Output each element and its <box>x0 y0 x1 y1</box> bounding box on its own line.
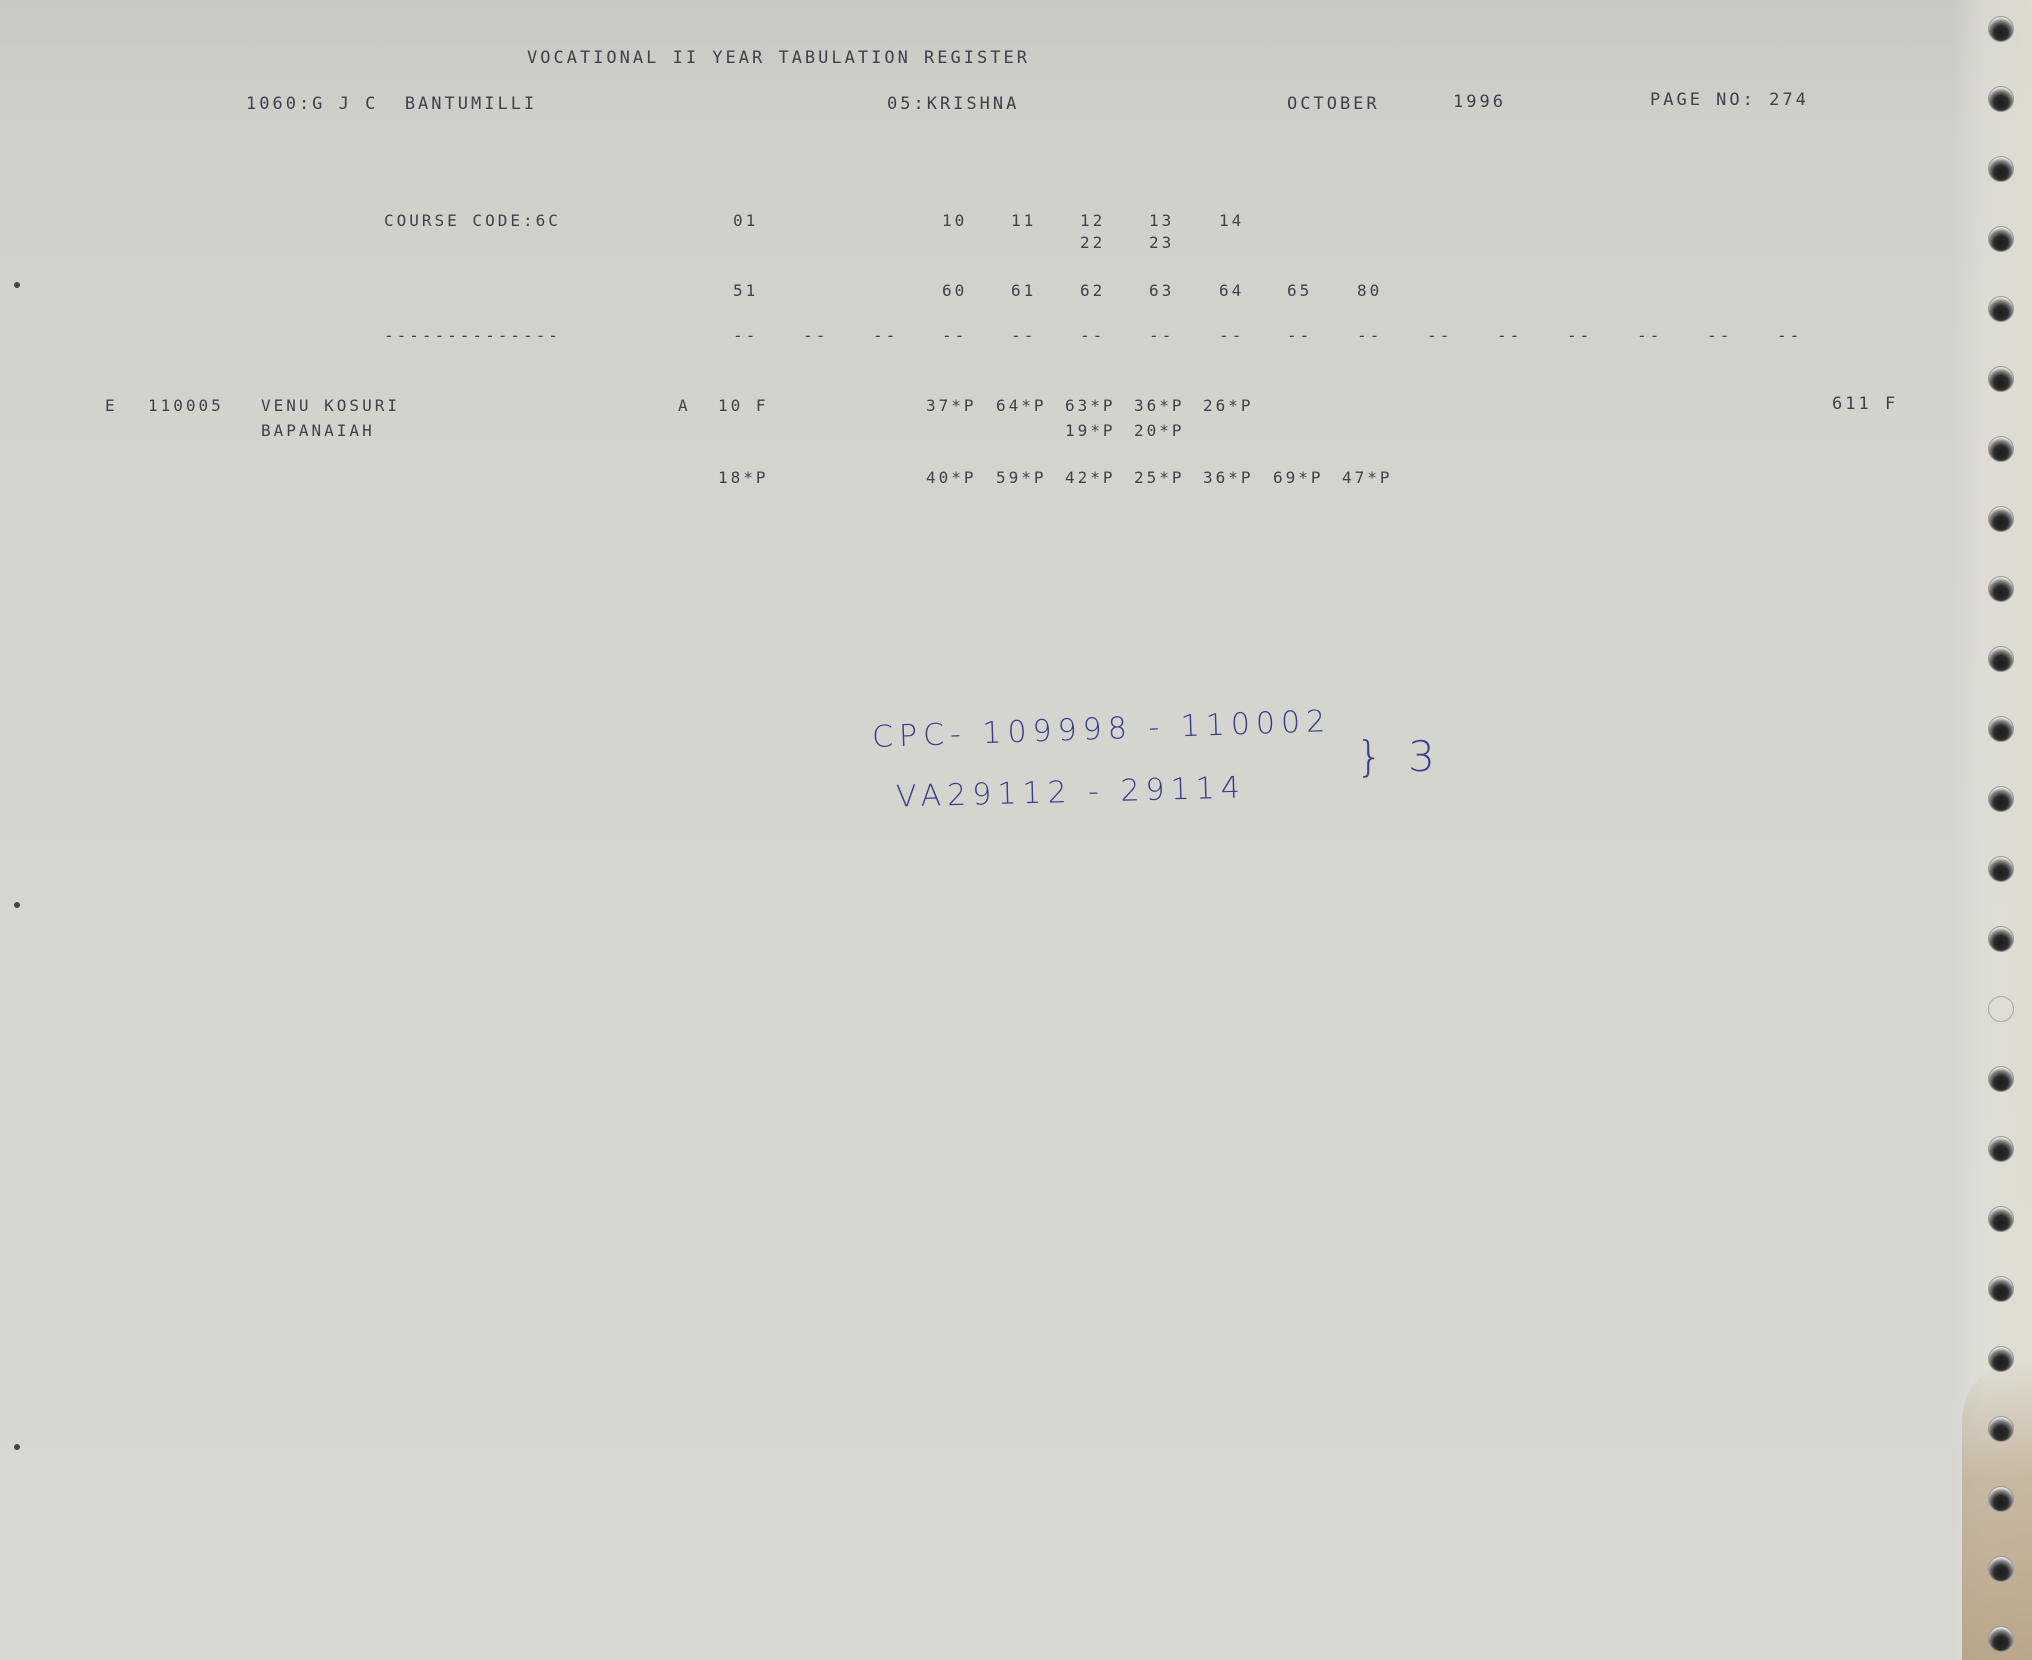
handwritten-line-1: CPC- 109998 - 110002 <box>872 704 1332 755</box>
mark: 47*P <box>1342 468 1393 487</box>
tractor-hole <box>1988 1276 2014 1302</box>
separator-dash: -- <box>1707 326 1732 345</box>
separator-dash: -- <box>1287 326 1312 345</box>
subject-code: 64 <box>1219 281 1244 300</box>
subject-code: 80 <box>1357 281 1382 300</box>
tractor-hole <box>1988 716 2014 742</box>
mark: 42*P <box>1065 468 1116 487</box>
mark: 18*P <box>718 468 769 487</box>
tractor-hole <box>1988 436 2014 462</box>
mark: 36*P <box>1203 468 1254 487</box>
tractor-hole <box>1988 1486 2014 1512</box>
handwritten-line-2: VA29112 - 29114 <box>896 770 1247 814</box>
subject-sub-code: 23 <box>1149 233 1174 252</box>
separator-dash: -- <box>1149 326 1174 345</box>
tractor-hole <box>1988 16 2014 42</box>
tractor-hole <box>1988 1626 2014 1652</box>
tractor-hole <box>1988 1416 2014 1442</box>
tractor-hole <box>1988 1066 2014 1092</box>
mark: 69*P <box>1273 468 1324 487</box>
district-name: 05:KRISHNA <box>887 94 1019 114</box>
tractor-hole <box>1988 856 2014 882</box>
subject-code: 62 <box>1080 281 1105 300</box>
exam-month: OCTOBER <box>1287 94 1380 114</box>
record-category: E <box>105 396 118 415</box>
tractor-hole <box>1988 996 2014 1022</box>
subject-code: 61 <box>1011 281 1036 300</box>
tractor-hole <box>1988 226 2014 252</box>
subject-sub-code: 22 <box>1080 233 1105 252</box>
subject-code: 11 <box>1011 211 1036 230</box>
course-code: COURSE CODE:6C <box>384 211 561 230</box>
tractor-hole <box>1988 1346 2014 1372</box>
subject-code: 14 <box>1219 211 1244 230</box>
separator-dash: -- <box>1567 326 1592 345</box>
tractor-hole <box>1988 646 2014 672</box>
tractor-hole <box>1988 1206 2014 1232</box>
separator-dash: -- <box>1219 326 1244 345</box>
handwritten-brace-count: } 3 <box>1356 732 1441 781</box>
separator-dash: -- <box>1427 326 1452 345</box>
tractor-hole <box>1988 506 2014 532</box>
register-title: VOCATIONAL II YEAR TABULATION REGISTER <box>527 48 1030 68</box>
separator-dash: -- <box>1637 326 1662 345</box>
page-number: PAGE NO: 274 <box>1650 90 1809 110</box>
tractor-hole <box>1988 1136 2014 1162</box>
tractor-hole <box>1988 86 2014 112</box>
subject-code: 51 <box>733 281 758 300</box>
grand-total: 611 F <box>1832 394 1898 414</box>
mark: 19*P <box>1065 421 1116 440</box>
separator-dash: -- <box>1777 326 1802 345</box>
separator-dash: -- <box>733 326 758 345</box>
tractor-hole <box>1988 926 2014 952</box>
medium: A <box>678 396 691 415</box>
mark: 20*P <box>1134 421 1185 440</box>
separator-dash: -- <box>1011 326 1036 345</box>
father-name: BAPANAIAH <box>261 421 375 440</box>
candidate-name: VENU KOSURI <box>261 396 400 415</box>
subject-code: 63 <box>1149 281 1174 300</box>
subject-code: 10 <box>942 211 967 230</box>
separator-dash: -- <box>803 326 828 345</box>
mark: 40*P <box>926 468 977 487</box>
exam-year: 1996 <box>1453 92 1506 112</box>
first-year-result: 10 F <box>718 396 769 415</box>
college-name: 1060:G J C BANTUMILLI <box>246 94 537 114</box>
mark: 37*P <box>926 396 977 415</box>
hall-ticket-number: 110005 <box>148 396 224 415</box>
margin-mark <box>14 902 20 908</box>
tractor-hole <box>1988 786 2014 812</box>
mark: 64*P <box>996 396 1047 415</box>
separator-dash: -- <box>1080 326 1105 345</box>
subject-code: 01 <box>733 211 758 230</box>
separator-dash: -- <box>942 326 967 345</box>
separator-dash: -- <box>1497 326 1522 345</box>
tractor-hole <box>1988 156 2014 182</box>
separator-line: -------------- <box>384 326 561 345</box>
subject-code: 60 <box>942 281 967 300</box>
tractor-hole <box>1988 366 2014 392</box>
mark: 25*P <box>1134 468 1185 487</box>
mark: 59*P <box>996 468 1047 487</box>
subject-code: 12 <box>1080 211 1105 230</box>
subject-code: 13 <box>1149 211 1174 230</box>
margin-mark <box>14 1444 20 1450</box>
separator-dash: -- <box>1357 326 1382 345</box>
tractor-hole <box>1988 296 2014 322</box>
margin-mark <box>14 282 20 288</box>
separator-dash: -- <box>873 326 898 345</box>
mark: 63*P <box>1065 396 1116 415</box>
tractor-hole <box>1988 1556 2014 1582</box>
subject-code: 65 <box>1287 281 1312 300</box>
mark: 26*P <box>1203 396 1254 415</box>
tractor-hole <box>1988 576 2014 602</box>
mark: 36*P <box>1134 396 1185 415</box>
